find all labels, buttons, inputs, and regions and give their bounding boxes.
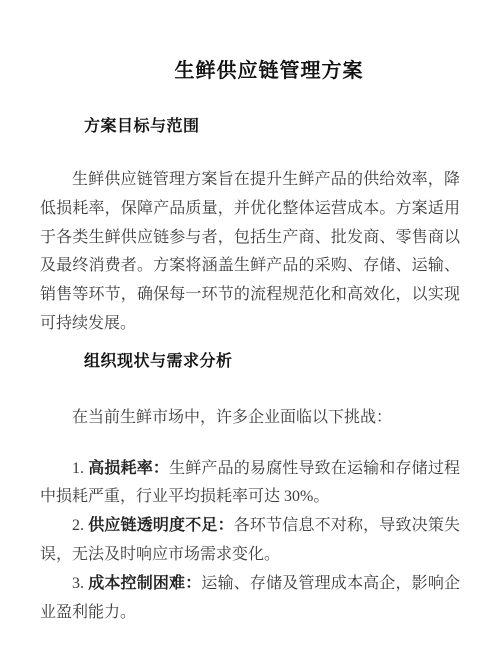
challenge-list: 1. 高损耗率：生鲜产品的易腐性导致在运输和存储过程中损耗严重，行业平均损耗率可…	[40, 455, 460, 628]
list-item-transparency: 2. 供应链透明度不足：各环节信息不对称，导致决策失误，无法及时响应市场需求变化…	[40, 512, 460, 570]
document-page: 生鲜供应链管理方案 方案目标与范围 生鲜供应链管理方案旨在提升生鲜产品的供给效率…	[0, 0, 500, 647]
paragraph-challenges-intro: 在当前生鲜市场中，许多企业面临以下挑战：	[40, 404, 460, 433]
document-title: 生鲜供应链管理方案	[40, 58, 460, 84]
list-item-number: 3.	[72, 575, 84, 592]
list-item-label: 高损耗率：	[88, 460, 169, 477]
list-item-label: 供应链透明度不足：	[88, 517, 234, 534]
section-heading-goals-scope: 方案目标与范围	[84, 115, 460, 139]
section-heading-status-analysis: 组织现状与需求分析	[84, 350, 460, 374]
paragraph-goals-scope: 生鲜供应链管理方案旨在提升生鲜产品的供给效率，降低损耗率，保障产品质量，并优化整…	[40, 166, 460, 339]
list-item-number: 2.	[72, 517, 84, 534]
list-item-number: 1.	[72, 460, 84, 477]
list-item-label: 成本控制困难：	[88, 575, 201, 592]
list-item-cost-control: 3. 成本控制困难：运输、存储及管理成本高企，影响企业盈利能力。	[40, 570, 460, 628]
list-item-high-loss-rate: 1. 高损耗率：生鲜产品的易腐性导致在运输和存储过程中损耗严重，行业平均损耗率可…	[40, 455, 460, 513]
